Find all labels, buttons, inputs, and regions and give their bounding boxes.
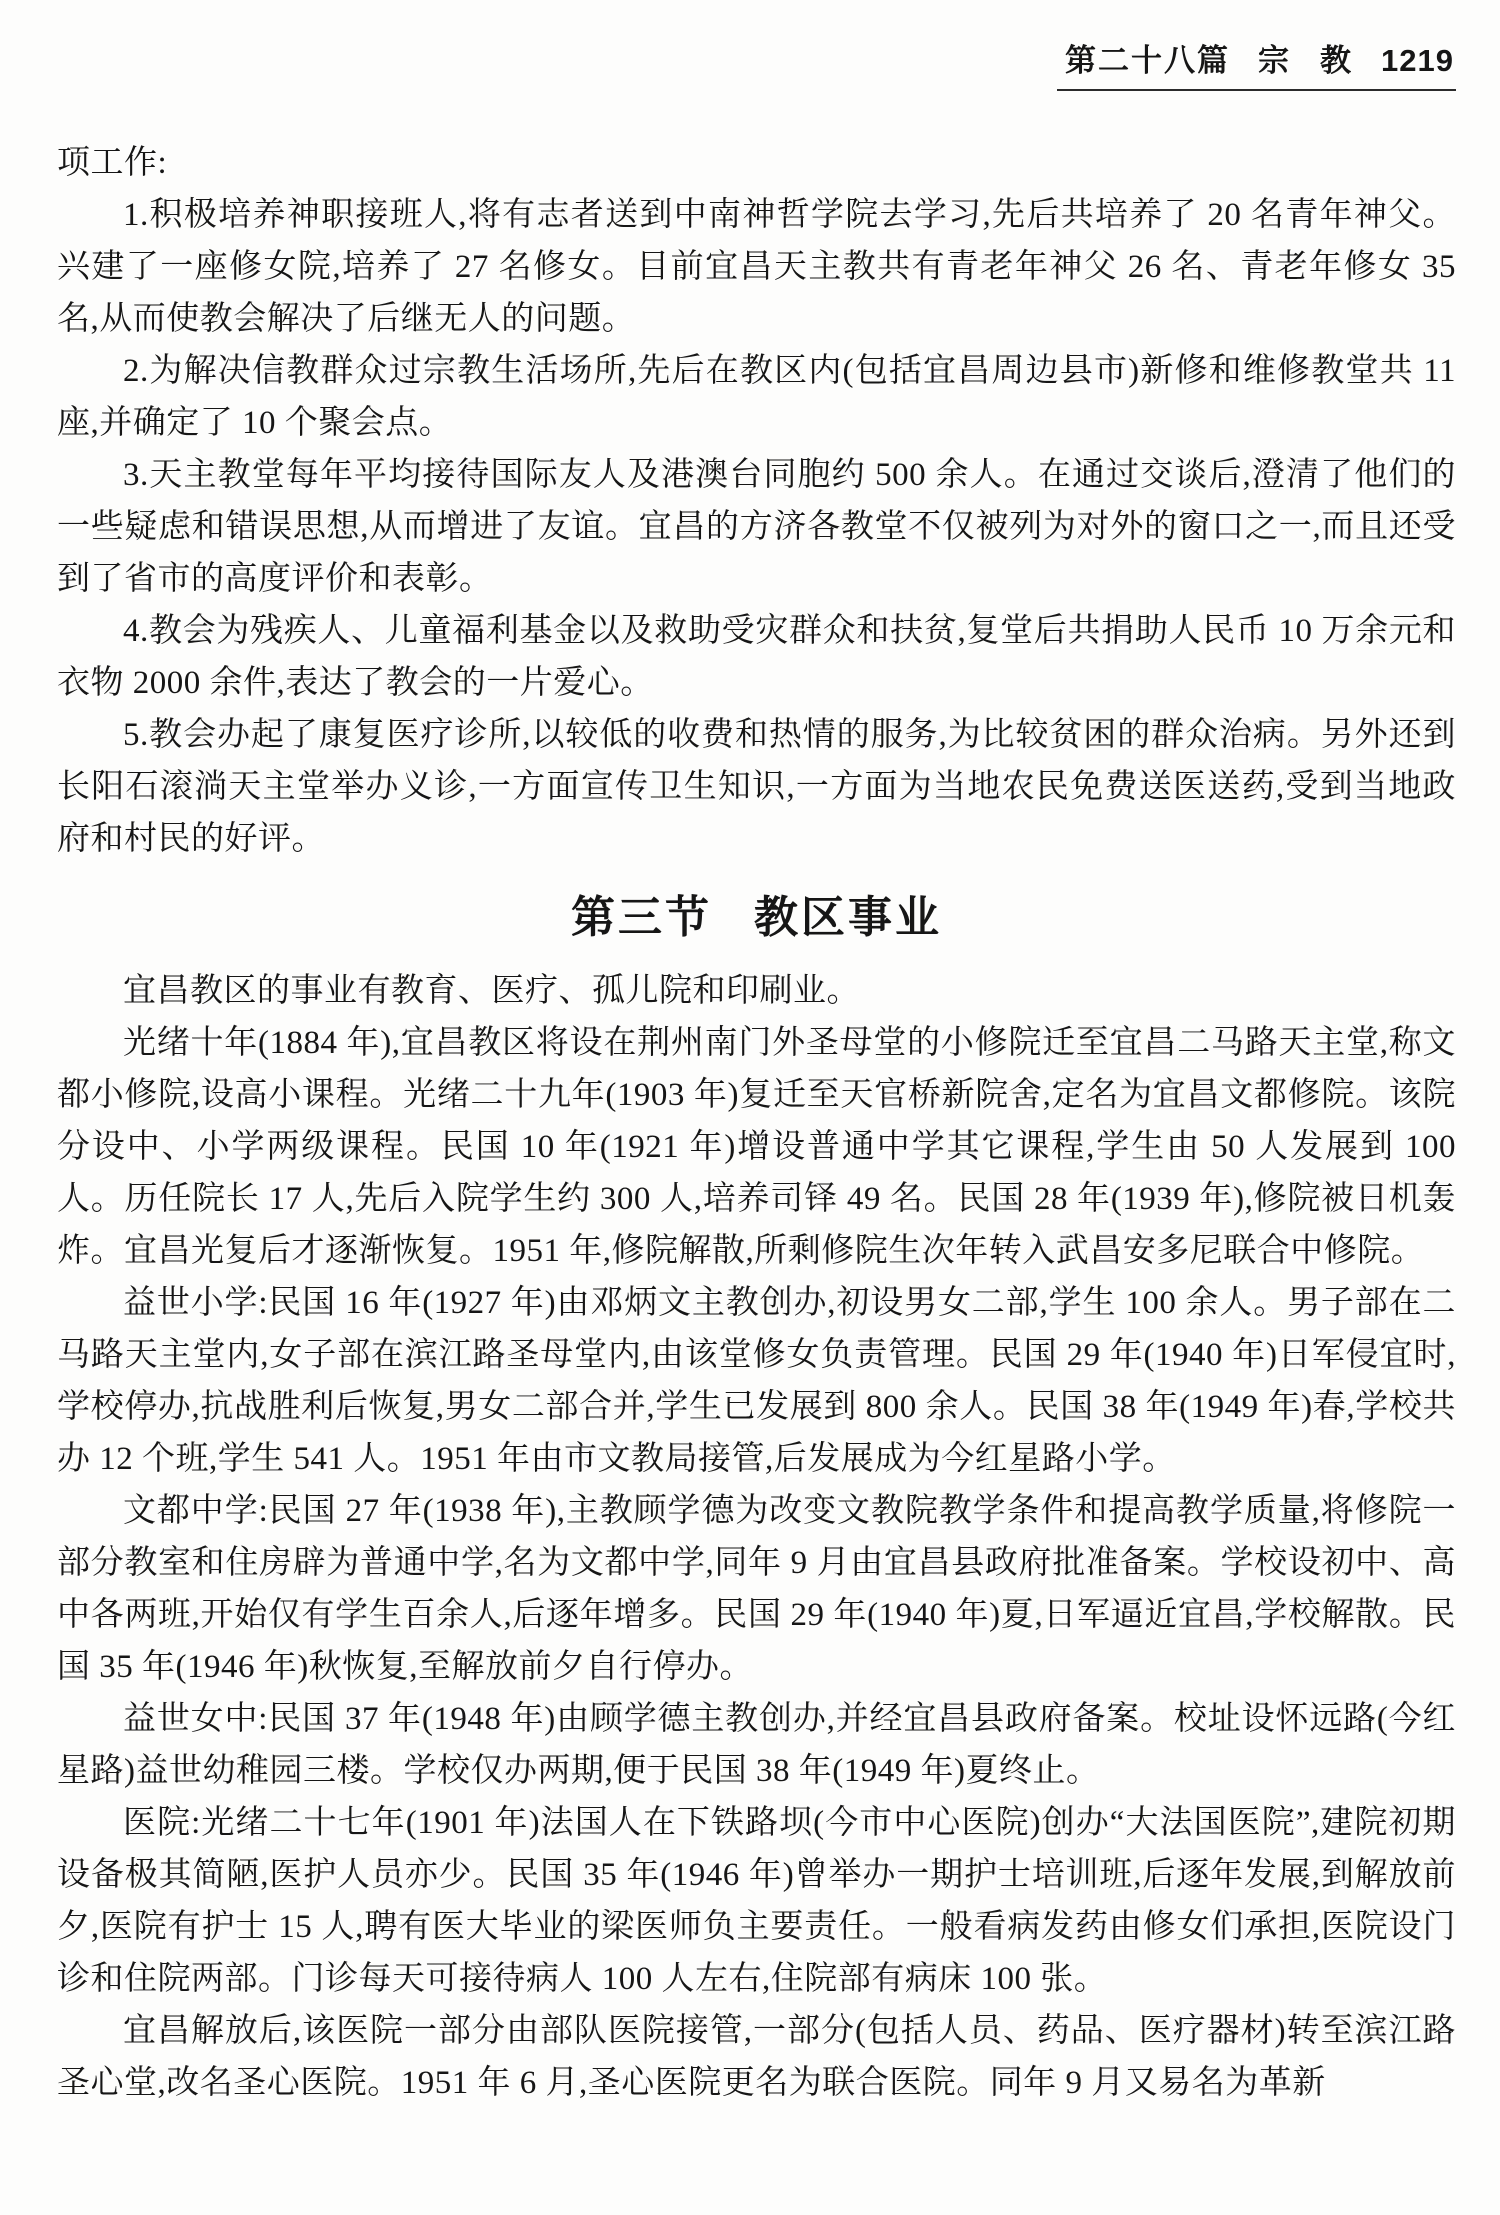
chapter-title: 宗 教 — [1258, 43, 1351, 78]
running-header: 第二十八篇宗 教1219 — [1057, 42, 1456, 91]
section-heading: 第三节教区事业 — [57, 887, 1456, 949]
page-body: 项工作: 1.积极培养神职接班人,将有志者送到中南神哲学院去学习,先后共培养了 … — [57, 137, 1456, 2109]
paragraph-yishi-girls: 益世女中:民国 37 年(1948 年)由顾学德主教创办,并经宜昌县政府备案。校… — [57, 1693, 1456, 1797]
paragraph-wendu-middle: 文都中学:民国 27 年(1938 年),主教顾学德为改变文教院教学条件和提高教… — [57, 1485, 1456, 1693]
section-number: 第三节 — [571, 893, 712, 942]
continuation-line: 项工作: — [57, 137, 1456, 189]
numbered-item-4: 4.教会为残疾人、儿童福利基金以及救助受灾群众和扶贫,复堂后共捐助人民币 10 … — [57, 605, 1456, 709]
paragraph-yishi-primary: 益世小学:民国 16 年(1927 年)由邓炳文主教创办,初设男女二部,学生 1… — [57, 1277, 1456, 1485]
book-page: 第二十八篇宗 教1219 项工作: 1.积极培养神职接班人,将有志者送到中南神哲… — [0, 0, 1500, 2215]
numbered-item-3: 3.天主教堂每年平均接待国际友人及港澳台同胞约 500 余人。在通过交谈后,澄清… — [57, 449, 1456, 605]
paragraph-hospital: 医院:光绪二十七年(1901 年)法国人在下铁路坝(今市中心医院)创办“大法国医… — [57, 1797, 1456, 2005]
numbered-item-5: 5.教会办起了康复医疗诊所,以较低的收费和热情的服务,为比较贫困的群众治病。另外… — [57, 709, 1456, 865]
section-title: 教区事业 — [754, 893, 942, 942]
paragraph-hospital-after: 宜昌解放后,该医院一部分由部队医院接管,一部分(包括人员、药品、医疗器材)转至滨… — [57, 2005, 1456, 2109]
page-header: 第二十八篇宗 教1219 — [57, 42, 1456, 91]
numbered-item-2: 2.为解决信教群众过宗教生活场所,先后在教区内(包括宜昌周边县市)新修和维修教堂… — [57, 345, 1456, 449]
numbered-item-1: 1.积极培养神职接班人,将有志者送到中南神哲学院去学习,先后共培养了 20 名青… — [57, 189, 1456, 345]
chapter-label: 第二十八篇 — [1065, 43, 1230, 78]
paragraph-seminary: 光绪十年(1884 年),宜昌教区将设在荆州南门外圣母堂的小修院迁至宜昌二马路天… — [57, 1017, 1456, 1277]
paragraph-overview: 宜昌教区的事业有教育、医疗、孤儿院和印刷业。 — [57, 965, 1456, 1017]
page-number: 1219 — [1381, 43, 1454, 78]
